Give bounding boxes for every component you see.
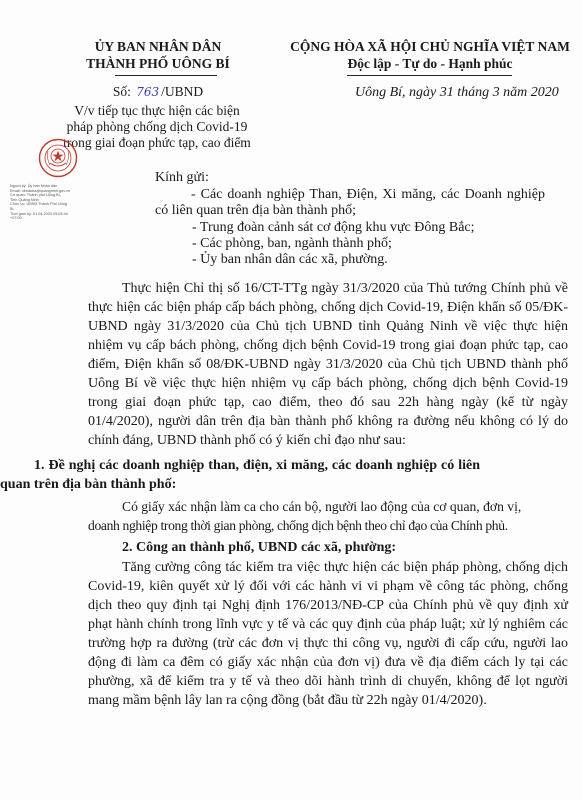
national-emblem-stamp-icon xyxy=(38,138,78,178)
sig-line: +07:00 xyxy=(10,216,88,221)
issuing-authority: ỦY BAN NHÂN DÂN THÀNH PHỐ UÔNG BÍ xyxy=(60,38,256,72)
section-1-text-line1: Có giấy xác nhận làm ca cho cán bộ, ngườ… xyxy=(88,497,568,516)
section-1-heading: 1. Đề nghị các doanh nghiệp than, điện, … xyxy=(0,456,480,494)
recipient-item: - Ủy ban nhân dân các xã, phường. xyxy=(192,252,388,268)
recipient-item: - Các doanh nghiệp Than, Điện, Xi măng, … xyxy=(155,187,545,219)
recipients-label: Kính gửi: xyxy=(155,170,209,186)
doc-number-handwritten: 763 xyxy=(136,85,159,99)
digital-signature-info: Người ký: Ủy ban Nhân dân Email: ubnduba… xyxy=(10,184,88,221)
national-header: CỘNG HÒA XÃ HỘI CHỦ NGHĨA VIỆT NAM Độc l… xyxy=(285,38,575,72)
org-line2: THÀNH PHỐ UÔNG BÍ xyxy=(60,55,256,72)
doc-number-suffix: /UBND xyxy=(161,84,203,99)
doc-number-prefix: Số: xyxy=(113,84,131,99)
document-number: Số: 763/UBND xyxy=(60,84,256,100)
document-page: ỦY BAN NHÂN DÂN THÀNH PHỐ UÔNG BÍ Số: 76… xyxy=(0,0,582,800)
section-1-text: Có giấy xác nhận làm ca cho cán bộ, ngườ… xyxy=(88,497,568,535)
org-underline xyxy=(115,75,217,76)
motto-underline xyxy=(347,75,512,76)
recipient-item: - Các phòng, ban, ngành thành phố; xyxy=(192,236,392,252)
place-date: Uông Bí, ngày 31 tháng 3 năm 2020 xyxy=(355,85,582,101)
intro-paragraph: Thực hiện Chỉ thị số 16/CT-TTg ngày 31/3… xyxy=(88,279,568,450)
section-2-text: Tăng cường công tác kiểm tra việc thực h… xyxy=(88,558,568,710)
nation-title: CỘNG HÒA XÃ HỘI CHỦ NGHĨA VIỆT NAM xyxy=(285,38,575,55)
org-line1: ỦY BAN NHÂN DÂN xyxy=(60,38,256,55)
section-1-text-line2: doanh nghiệp trong thời gian phòng, chốn… xyxy=(54,516,568,535)
motto: Độc lập - Tự do - Hạnh phúc xyxy=(285,55,575,72)
document-subject: V/v tiếp tục thực hiện các biện pháp phò… xyxy=(62,103,252,151)
recipient-item: - Trung đoàn cảnh sát cơ động khu vực Đô… xyxy=(192,220,475,236)
section-2-heading: 2. Công an thành phố, UBND các xã, phườn… xyxy=(88,538,568,557)
